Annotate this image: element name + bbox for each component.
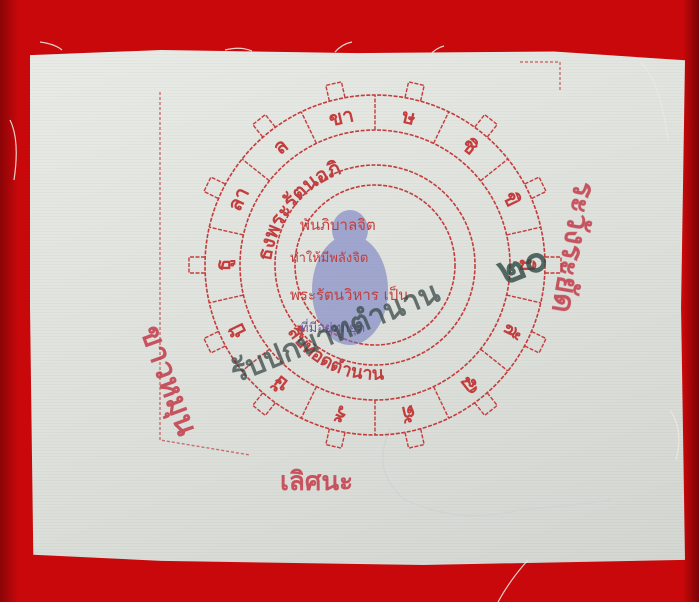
svg-text:พันภิบาลจิต: พันภิบาลจิต <box>300 216 376 234</box>
svg-text:ทำให้มีพลังจิต: ทำให้มีพลังจิต <box>290 250 368 266</box>
svg-text:ระวังระยัด: ระวังระยัด <box>544 179 602 316</box>
svg-text:ชิ: ชิ <box>457 133 483 160</box>
svg-text:ปั: ปั <box>224 320 251 342</box>
svg-text:ล: ล <box>268 133 293 159</box>
svg-text:ขา: ขา <box>326 102 356 131</box>
svg-text:ตั: ตั <box>399 400 418 427</box>
svg-text:ธู: ธู <box>211 259 237 271</box>
seal-artwork: ษชิขิมิสัฆิตัรัษัปัธูลาลขา ธงพระรัตนอภิ … <box>0 0 699 602</box>
svg-text:เลิศนะ: เลิศนะ <box>280 467 353 497</box>
svg-text:รั: รั <box>332 400 349 426</box>
svg-text:ขาวหมุน: ขาวหมุน <box>132 321 205 441</box>
svg-text:ขิ: ขิ <box>498 188 526 211</box>
svg-text:ฆิ: ฆิ <box>456 370 483 398</box>
svg-text:๒๐: ๒๐ <box>490 233 554 295</box>
svg-text:ษ: ษ <box>400 104 418 130</box>
svg-text:ลา: ลา <box>222 183 254 215</box>
svg-text:สั: สั <box>498 320 525 342</box>
